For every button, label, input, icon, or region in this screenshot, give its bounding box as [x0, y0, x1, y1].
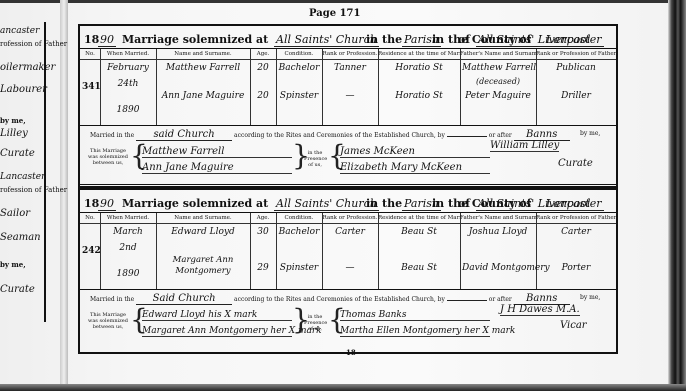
col-name: Name and Surname. Edward Lloyd Margaret … — [156, 213, 251, 289]
officiant-title: Vicar — [560, 320, 587, 331]
entry-number: 341 — [82, 82, 98, 92]
solemnized-label: Marriage solemnized at — [122, 197, 268, 210]
left-line: oilermaker — [0, 62, 55, 73]
left-line: Lilley — [0, 128, 28, 139]
header-rank: Rank or Profession. — [322, 214, 378, 224]
col-age: Age. 20 20 — [250, 49, 277, 125]
col-residence: Residence at the time of Marriage. Beau … — [378, 213, 461, 289]
marriage-entry-242: 18 90 Marriage solemnized at All Saints'… — [78, 188, 618, 354]
header-no: No. — [80, 214, 100, 224]
col-when: When Married. February 24th 1890 — [100, 49, 157, 125]
header-father: Father's Name and Surname. — [460, 214, 536, 224]
day: 24th — [102, 79, 154, 89]
col-no: No. 242 — [80, 213, 101, 289]
married-in-label: Married in the — [90, 296, 134, 303]
col-father-rank: Rank or Profession of Father. Carter Por… — [536, 213, 616, 289]
blank — [447, 136, 487, 137]
officiant-signature: J H Dawes M.A. — [500, 304, 580, 316]
header-when: When Married. — [100, 214, 156, 224]
entry-number: 242 — [82, 246, 98, 256]
header-no: No. — [80, 50, 100, 60]
bride-condition: Spinster — [278, 91, 320, 101]
officiant-title: Curate — [558, 158, 593, 169]
groom-age: 30 — [252, 227, 274, 237]
col-when: When Married. March 2nd 1890 — [100, 213, 157, 289]
witness1-signature: James McKeen — [340, 146, 490, 158]
year-suffix: 90 — [98, 33, 116, 47]
by-me-label: by me, — [580, 294, 600, 301]
col-rank: Rank or Profession. Carter — — [322, 213, 379, 289]
groom-rank: Carter — [324, 227, 376, 237]
marriage-entry-341: 18 90 Marriage solemnized at All Saints'… — [78, 24, 618, 188]
col-name: Name and Surname. Matthew Farrell Ann Ja… — [156, 49, 251, 125]
party1-signature: Matthew Farrell — [142, 146, 292, 158]
party1-signature: Edward Lloyd his X mark — [142, 310, 292, 321]
header-age: Age. — [250, 214, 276, 224]
header-condition: Condition. — [276, 50, 322, 60]
county-name: Lancaster — [544, 197, 604, 211]
by-me-label: by me, — [580, 130, 600, 137]
groom-rank: Tanner — [324, 63, 376, 73]
page-number: Page 171 — [309, 8, 360, 19]
col-residence: Residence at the time of Marriage. Horat… — [378, 49, 461, 125]
bride-name: Margaret Ann Montgomery — [158, 255, 248, 277]
header-rank: Rank or Profession. — [322, 50, 378, 60]
left-line: rofession of Father — [0, 186, 67, 194]
entry-table: No. 341 When Married. February 24th 1890… — [80, 48, 616, 126]
groom-condition: Bachelor — [278, 63, 320, 73]
county-line: in the County of Lancaster — [432, 194, 612, 212]
footer-number: 18 — [346, 348, 356, 357]
according-label: according to the Rites and Ceremonies of… — [234, 132, 445, 139]
month: March — [102, 227, 154, 237]
left-line: Sailor — [0, 208, 30, 219]
bride-father: David Montgomery — [462, 263, 534, 273]
solemnized-label: Marriage solemnized at — [122, 33, 268, 46]
church-name: All Saints' Church — [274, 197, 379, 211]
county-line: in the County of Lancaster — [432, 30, 612, 48]
bride-age: 20 — [252, 91, 274, 101]
party2-signature: Margaret Ann Montgomery her X mark — [142, 326, 292, 337]
married-in-value: said Church — [136, 129, 232, 141]
according-label: according to the Rites and Ceremonies of… — [234, 296, 445, 303]
year-suffix: 90 — [98, 197, 116, 211]
book-spine — [60, 0, 68, 391]
in-the-label: in the — [366, 33, 402, 46]
header-father-rank: Rank or Profession of Father. — [536, 50, 616, 60]
header-name: Name and Surname. — [156, 50, 250, 60]
day: 2nd — [102, 243, 154, 253]
groom-father-rank: Publican — [538, 63, 614, 73]
blank — [447, 300, 487, 301]
groom-father-note: (deceased) — [462, 77, 534, 86]
left-line: Curate — [0, 284, 35, 295]
between-us-label: This Marriage was solemnized between us, — [86, 312, 130, 330]
header-age: Age. — [250, 50, 276, 60]
left-line: Labourer — [0, 84, 47, 95]
witness2-signature: Elizabeth Mary McKeen — [340, 162, 490, 174]
left-line: Seaman — [0, 232, 41, 243]
col-condition: Condition. Bachelor Spinster — [276, 213, 323, 289]
entry-table: No. 242 When Married. March 2nd 1890 Nam… — [80, 212, 616, 290]
groom-name: Matthew Farrell — [158, 63, 248, 73]
bride-residence: Beau St — [380, 263, 458, 273]
bride-name: Ann Jane Maguire — [158, 91, 248, 101]
county-label: in the County of — [432, 33, 531, 46]
bride-rank: — — [324, 91, 376, 101]
bride-age: 29 — [252, 263, 274, 273]
col-rank: Rank or Profession. Tanner — — [322, 49, 379, 125]
bride-rank: — — [324, 263, 376, 273]
left-line: Lancaster — [0, 172, 45, 182]
or-after-label: or after — [489, 296, 512, 303]
top-edge — [0, 0, 686, 3]
groom-residence: Beau St — [380, 227, 458, 237]
party2-signature: Ann Jane Maguire — [142, 162, 292, 174]
col-father: Father's Name and Surname. Joshua Lloyd … — [460, 213, 537, 289]
left-page-fragment: ancaster rofession of Father oilermaker … — [0, 22, 46, 322]
married-in-label: Married in the — [90, 132, 134, 139]
header-residence: Residence at the time of Marriage. — [378, 50, 460, 60]
right-binding — [668, 0, 686, 391]
presence-label: in the Presence of us, — [304, 314, 326, 332]
left-line: ancaster — [0, 26, 39, 36]
col-no: No. 341 — [80, 49, 101, 125]
bride-father-rank: Driller — [538, 91, 614, 101]
year: 1890 — [102, 269, 154, 279]
col-father: Father's Name and Surname. Matthew Farre… — [460, 49, 537, 125]
bride-condition: Spinster — [278, 263, 320, 273]
left-line: by me, — [0, 260, 26, 269]
bottom-edge — [0, 384, 686, 391]
header-residence: Residence at the time of Marriage. — [378, 214, 460, 224]
left-line: Curate — [0, 148, 35, 159]
groom-condition: Bachelor — [278, 227, 320, 237]
groom-age: 20 — [252, 63, 274, 73]
presence-label: in the Presence of us, — [304, 150, 326, 168]
month: February — [102, 63, 154, 73]
officiant-signature: William Lilley — [490, 140, 559, 152]
witness1-signature: Thomas Banks — [340, 310, 490, 321]
married-in-value: Said Church — [136, 293, 232, 305]
header-condition: Condition. — [276, 214, 322, 224]
bride-father: Peter Maguire — [462, 91, 534, 101]
or-after-label: or after — [489, 132, 512, 139]
year: 1890 — [102, 105, 154, 115]
groom-father-rank: Carter — [538, 227, 614, 237]
bride-residence: Horatio St — [380, 91, 458, 101]
col-age: Age. 30 29 — [250, 213, 277, 289]
witness2-signature: Martha Ellen Montgomery her X mark — [340, 326, 490, 337]
header-when: When Married. — [100, 50, 156, 60]
church-name: All Saints' Church — [274, 33, 379, 47]
county-name: Lancaster — [544, 33, 604, 47]
header-name: Name and Surname. — [156, 214, 250, 224]
header-father: Father's Name and Surname. — [460, 50, 536, 60]
bride-father-rank: Porter — [538, 263, 614, 273]
groom-residence: Horatio St — [380, 63, 458, 73]
col-father-rank: Rank or Profession of Father. Publican D… — [536, 49, 616, 125]
between-us-label: This Marriage was solemnized between us, — [86, 148, 130, 166]
county-label: in the County of — [432, 197, 531, 210]
groom-father: Joshua Lloyd — [462, 227, 534, 237]
groom-father: Matthew Farrell — [462, 63, 534, 73]
left-line: by me, — [0, 116, 26, 125]
header-father-rank: Rank or Profession of Father. — [536, 214, 616, 224]
groom-name: Edward Lloyd — [158, 227, 248, 237]
col-condition: Condition. Bachelor Spinster — [276, 49, 323, 125]
left-line: rofession of Father — [0, 40, 67, 48]
in-the-label: in the — [366, 197, 402, 210]
